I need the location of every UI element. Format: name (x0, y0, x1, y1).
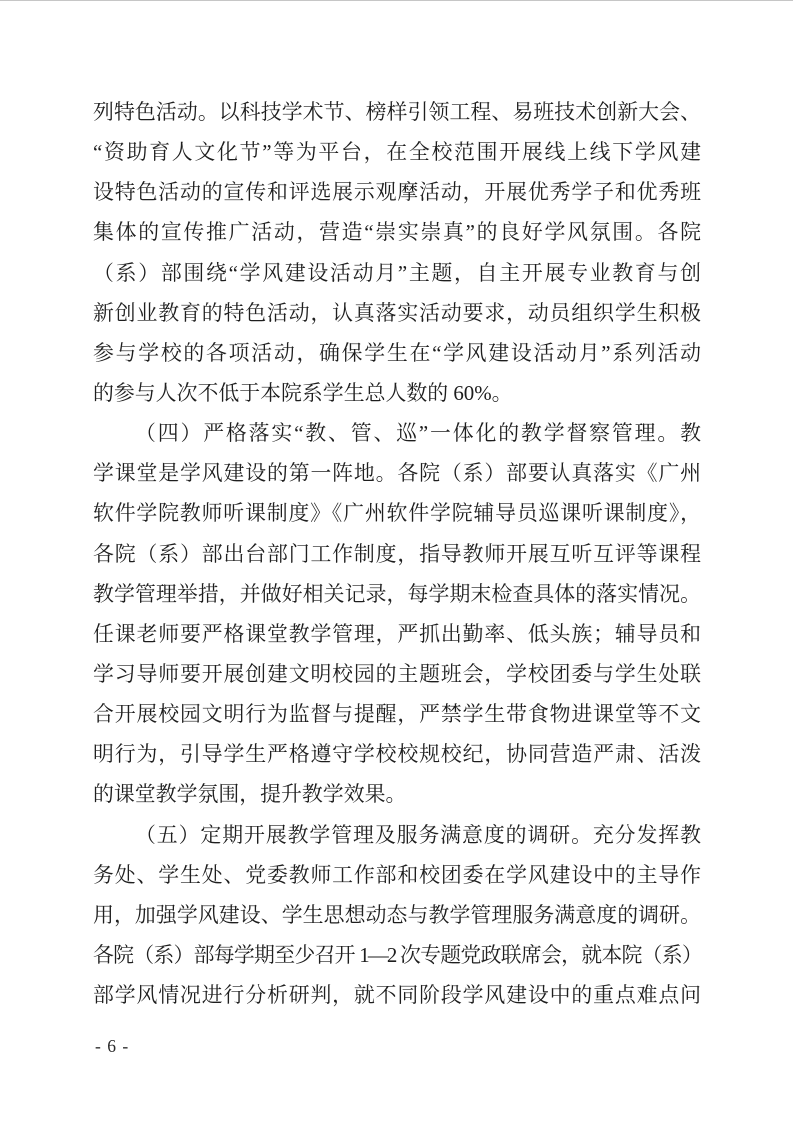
document-page: 列特色活动。以科技学术节、榜样引领工程、易班技术创新大会、 “资助育人文化节”等… (0, 0, 793, 1122)
text-line: “资助育人文化节”等为平台，在全校范围开展线上线下学风建 (93, 132, 701, 172)
page-number: - 6 - (95, 1034, 129, 1058)
text-line: （系）部围绕“学风建设活动月”主题，自主开展专业教育与创 (93, 253, 701, 293)
text-line: 软件学院教师听课制度》《广州软件学院辅导员巡课听课制度》， (93, 493, 701, 533)
text-line: 列特色活动。以科技学术节、榜样引领工程、易班技术创新大会、 (93, 92, 701, 132)
text-line: 部学风情况进行分析研判，就不同阶段学风建设中的重点难点问 (93, 975, 701, 1015)
text-line: 用，加强学风建设、学生思想动态与教学管理服务满意度的调研。 (93, 895, 701, 935)
text-line: 明行为，引导学生严格遵守学校校规校纪，协同营造严肃、活泼 (93, 734, 701, 774)
text-line: 学课堂是学风建设的第一阵地。各院（系）部要认真落实《广州 (93, 453, 701, 493)
text-line: 新创业教育的特色活动，认真落实活动要求，动员组织学生积极 (93, 293, 701, 333)
text-line: 的课堂教学氛围，提升教学效果。 (93, 774, 701, 814)
text-line: 合开展校园文明行为监督与提醒，严禁学生带食物进课堂等不文 (93, 694, 701, 734)
text-line-section-heading: （五）定期开展教学管理及服务满意度的调研。充分发挥教 (93, 815, 701, 855)
text-line: 各院（系）部每学期至少召开 1—2 次专题党政联席会，就本院（系） (93, 935, 701, 975)
text-line: 设特色活动的宣传和评选展示观摩活动，开展优秀学子和优秀班 (93, 172, 701, 212)
text-line: 各院（系）部出台部门工作制度，指导教师开展互听互评等课程 (93, 534, 701, 574)
text-line-section-heading: （四）严格落实“教、管、巡”一体化的教学督察管理。教 (93, 413, 701, 453)
page-top-edge (0, 0, 793, 1)
text-line: 集体的宣传推广活动，营造“崇实崇真”的良好学风氛围。各院 (93, 212, 701, 252)
text-line: 参与学校的各项活动，确保学生在“学风建设活动月”系列活动 (93, 333, 701, 373)
text-line: 务处、学生处、党委教师工作部和校团委在学风建设中的主导作 (93, 855, 701, 895)
text-line: 任课老师要严格课堂教学管理，严抓出勤率、低头族；辅导员和 (93, 614, 701, 654)
text-line: 学习导师要开展创建文明校园的主题班会，学校团委与学生处联 (93, 654, 701, 694)
document-body: 列特色活动。以科技学术节、榜样引领工程、易班技术创新大会、 “资助育人文化节”等… (93, 92, 701, 1015)
text-line: 教学管理举措，并做好相关记录，每学期末检查具体的落实情况。 (93, 574, 701, 614)
text-line: 的参与人次不低于本院系学生总人数的 60%。 (93, 373, 701, 413)
